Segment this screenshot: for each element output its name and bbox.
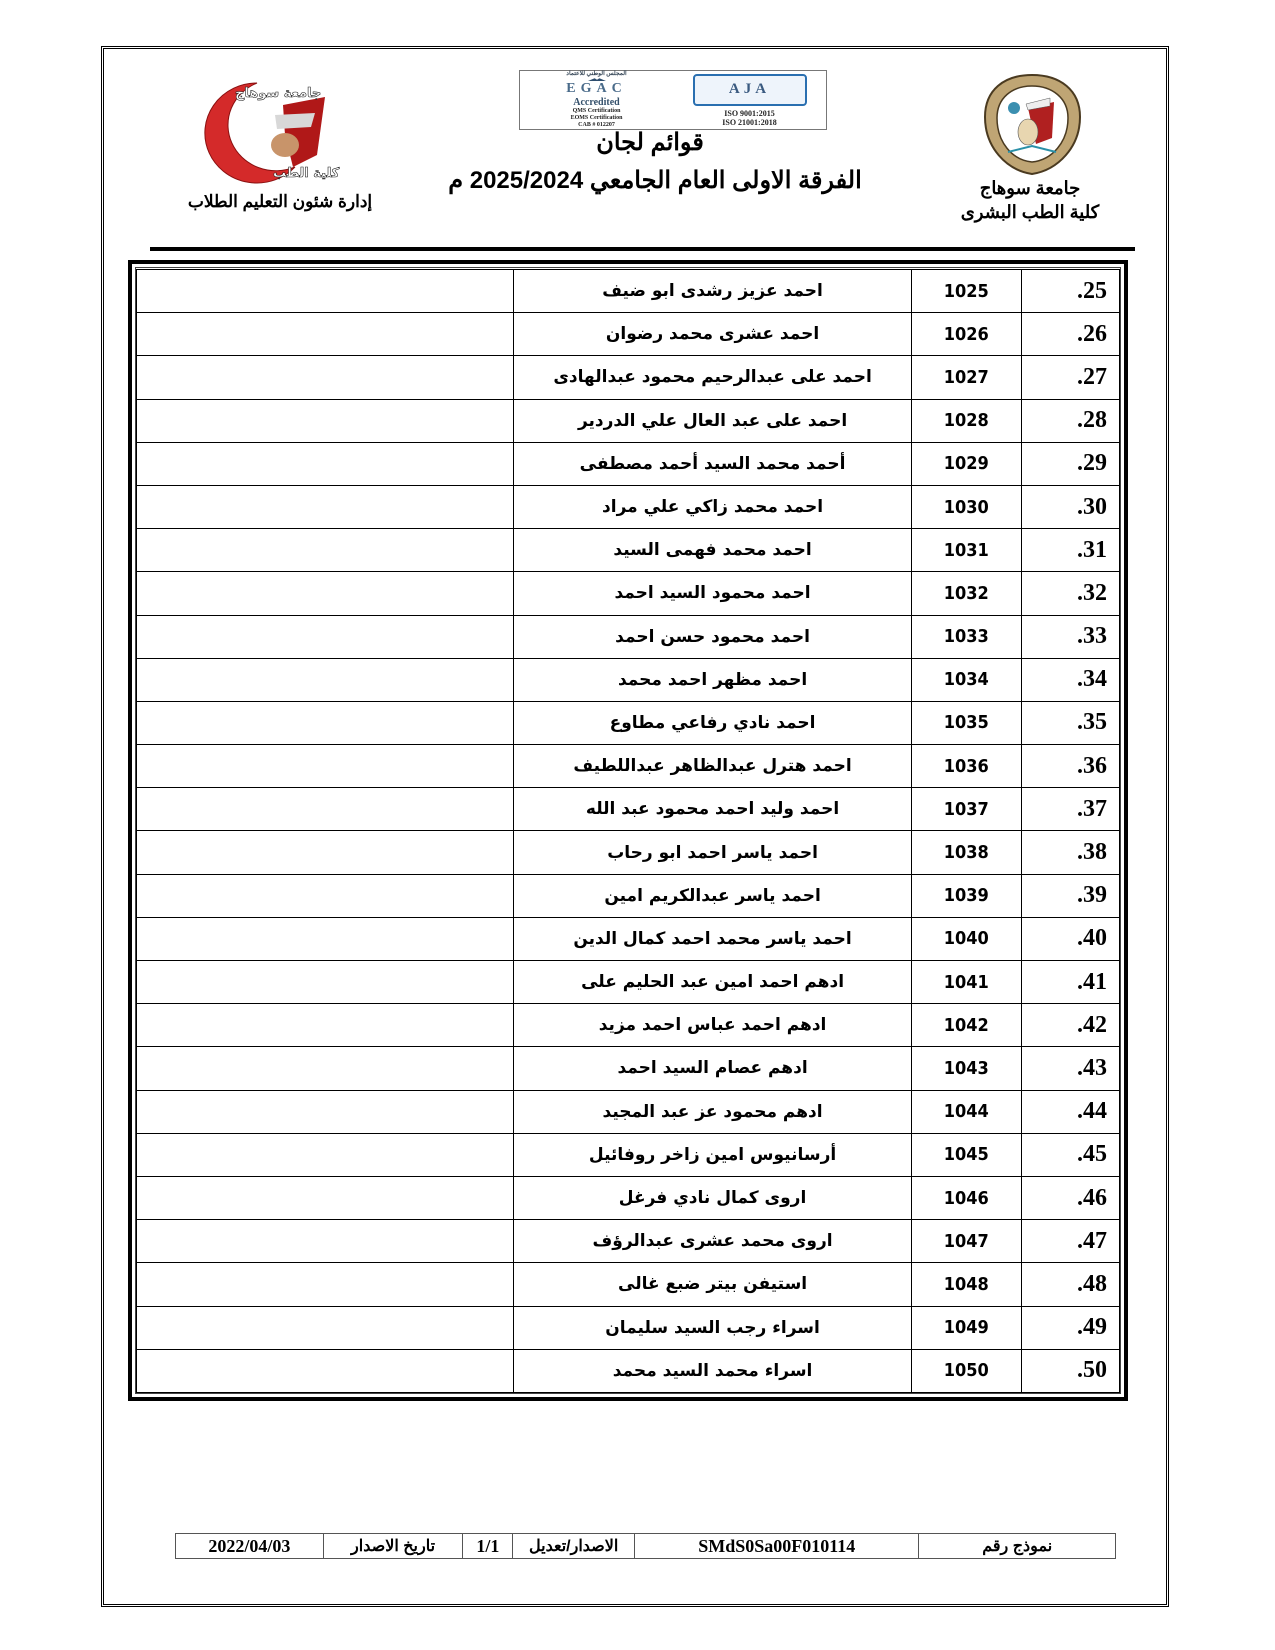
table-row: احمد محمود السيد احمد1032.32 — [137, 572, 1120, 615]
svg-text:جامعة سوهاج: جامعة سوهاج — [235, 86, 321, 101]
notes-cell — [137, 745, 514, 788]
seat-number-cell: 1040 — [911, 917, 1021, 960]
notes-cell — [137, 788, 514, 831]
serial-number-cell: .48 — [1021, 1263, 1119, 1306]
table-row: اسراء محمد السيد محمد1050.50 — [137, 1349, 1120, 1392]
student-name-cell: احمد عزيز رشدى ابو ضيف — [514, 270, 911, 313]
header-divider — [150, 247, 1135, 251]
students-table: احمد عزيز رشدى ابو ضيف1025.25احمد عشرى م… — [128, 260, 1128, 1401]
notes-cell — [137, 874, 514, 917]
student-name-cell: احمد محمود السيد احمد — [514, 572, 911, 615]
table-row: أحمد محمد السيد أحمد مصطفى1029.29 — [137, 442, 1120, 485]
aja-logo: AJA ISO 9001:2015 ISO 21001:2018 — [673, 71, 826, 129]
serial-number-cell: .28 — [1021, 399, 1119, 442]
seat-number-cell: 1046 — [911, 1176, 1021, 1219]
serial-number-cell: .33 — [1021, 615, 1119, 658]
seat-number-cell: 1048 — [911, 1263, 1021, 1306]
student-name-cell: احمد هترل عبدالظاهر عبداللطيف — [514, 745, 911, 788]
serial-number-cell: .34 — [1021, 658, 1119, 701]
serial-number-cell: .29 — [1021, 442, 1119, 485]
serial-number-cell: .31 — [1021, 529, 1119, 572]
form-code-label: نموذج رقم — [919, 1534, 1115, 1558]
student-name-cell: أرسانيوس امين زاخر روفائيل — [514, 1133, 911, 1176]
serial-number-cell: .42 — [1021, 1004, 1119, 1047]
notes-cell — [137, 1306, 514, 1349]
seat-number-cell: 1042 — [911, 1004, 1021, 1047]
seat-number-cell: 1035 — [911, 701, 1021, 744]
student-name-cell: استيفن بيتر ضبع غالى — [514, 1263, 911, 1306]
issue-date-label: تاريخ الاصدار — [324, 1534, 464, 1558]
student-name-cell: اسراء محمد السيد محمد — [514, 1349, 911, 1392]
serial-number-cell: .25 — [1021, 270, 1119, 313]
globe-icon: AJA — [693, 74, 807, 106]
table-row: احمد ياسر احمد ابو رحاب1038.38 — [137, 831, 1120, 874]
seat-number-cell: 1041 — [911, 961, 1021, 1004]
egac-logo: المجلس الوطني للاعتماد EGAC Accredited Q… — [520, 71, 673, 129]
serial-number-cell: .27 — [1021, 356, 1119, 399]
seat-number-cell: 1027 — [911, 356, 1021, 399]
student-name-cell: احمد محمد زاكي علي مراد — [514, 485, 911, 528]
serial-number-cell: .32 — [1021, 572, 1119, 615]
seat-number-cell: 1029 — [911, 442, 1021, 485]
serial-number-cell: .50 — [1021, 1349, 1119, 1392]
table-row: أرسانيوس امين زاخر روفائيل1045.45 — [137, 1133, 1120, 1176]
table-row: اسراء رجب السيد سليمان1049.49 — [137, 1306, 1120, 1349]
version-label: الاصدار/تعديل — [513, 1534, 635, 1558]
notes-cell — [137, 442, 514, 485]
seat-number-cell: 1050 — [911, 1349, 1021, 1392]
student-name-cell: احمد مظهر احمد محمد — [514, 658, 911, 701]
seat-number-cell: 1038 — [911, 831, 1021, 874]
table-row: ادهم محمود عز عبد المجيد1044.44 — [137, 1090, 1120, 1133]
university-logo — [980, 72, 1085, 177]
table-row: احمد محمود حسن احمد1033.33 — [137, 615, 1120, 658]
notes-cell — [137, 1263, 514, 1306]
student-name-cell: أحمد محمد السيد أحمد مصطفى — [514, 442, 911, 485]
table-row: احمد ياسر عبدالكريم امين1039.39 — [137, 874, 1120, 917]
student-name-cell: احمد عشرى محمد رضوان — [514, 313, 911, 356]
serial-number-cell: .30 — [1021, 485, 1119, 528]
student-name-cell: اروى كمال نادي فرغل — [514, 1176, 911, 1219]
serial-number-cell: .37 — [1021, 788, 1119, 831]
seat-number-cell: 1033 — [911, 615, 1021, 658]
table-row: احمد هترل عبدالظاهر عبداللطيف1036.36 — [137, 745, 1120, 788]
notes-cell — [137, 485, 514, 528]
student-name-cell: ادهم عصام السيد احمد — [514, 1047, 911, 1090]
student-name-cell: اروى محمد عشرى عبدالرؤف — [514, 1220, 911, 1263]
seat-number-cell: 1028 — [911, 399, 1021, 442]
serial-number-cell: .40 — [1021, 917, 1119, 960]
table-row: احمد محمد زاكي علي مراد1030.30 — [137, 485, 1120, 528]
serial-number-cell: .39 — [1021, 874, 1119, 917]
notes-cell — [137, 572, 514, 615]
table-row: ادهم احمد عباس احمد مزيد1042.42 — [137, 1004, 1120, 1047]
notes-cell — [137, 270, 514, 313]
seat-number-cell: 1047 — [911, 1220, 1021, 1263]
serial-number-cell: .49 — [1021, 1306, 1119, 1349]
student-name-cell: احمد وليد احمد محمود عبد الله — [514, 788, 911, 831]
page-title: قوائم لجان — [480, 128, 820, 157]
table-row: احمد ياسر محمد احمد كمال الدين1040.40 — [137, 917, 1120, 960]
notes-cell — [137, 1176, 514, 1219]
serial-number-cell: .46 — [1021, 1176, 1119, 1219]
table-row: ادهم عصام السيد احمد1043.43 — [137, 1047, 1120, 1090]
seat-number-cell: 1030 — [911, 485, 1021, 528]
notes-cell — [137, 1090, 514, 1133]
serial-number-cell: .45 — [1021, 1133, 1119, 1176]
seat-number-cell: 1045 — [911, 1133, 1021, 1176]
table-row: ادهم احمد امين عبد الحليم على1041.41 — [137, 961, 1120, 1004]
student-name-cell: احمد ياسر احمد ابو رحاب — [514, 831, 911, 874]
student-name-cell: احمد على عبد العال علي الدردير — [514, 399, 911, 442]
table-row: احمد عشرى محمد رضوان1026.26 — [137, 313, 1120, 356]
notes-cell — [137, 658, 514, 701]
serial-number-cell: .38 — [1021, 831, 1119, 874]
notes-cell — [137, 1047, 514, 1090]
faculty-logo: جامعة سوهاج كلية الطب — [165, 75, 350, 185]
table-row: اروى كمال نادي فرغل1046.46 — [137, 1176, 1120, 1219]
table-row: احمد محمد فهمى السيد1031.31 — [137, 529, 1120, 572]
serial-number-cell: .41 — [1021, 961, 1119, 1004]
page-subtitle: الفرقة الاولى العام الجامعي 2025/2024 م — [420, 166, 890, 195]
table-row: استيفن بيتر ضبع غالى1048.48 — [137, 1263, 1120, 1306]
student-name-cell: احمد على عبدالرحيم محمود عبدالهادى — [514, 356, 911, 399]
seat-number-cell: 1031 — [911, 529, 1021, 572]
notes-cell — [137, 1133, 514, 1176]
notes-cell — [137, 356, 514, 399]
student-name-cell: ادهم محمود عز عبد المجيد — [514, 1090, 911, 1133]
document-control-footer: 2022/04/03 تاريخ الاصدار 1/1 الاصدار/تعد… — [175, 1533, 1116, 1559]
table-row: احمد وليد احمد محمود عبد الله1037.37 — [137, 788, 1120, 831]
student-name-cell: احمد ياسر عبدالكريم امين — [514, 874, 911, 917]
table-row: اروى محمد عشرى عبدالرؤف1047.47 — [137, 1220, 1120, 1263]
issue-date-value: 2022/04/03 — [176, 1534, 324, 1558]
seat-number-cell: 1043 — [911, 1047, 1021, 1090]
seat-number-cell: 1025 — [911, 270, 1021, 313]
notes-cell — [137, 529, 514, 572]
student-name-cell: احمد محمود حسن احمد — [514, 615, 911, 658]
notes-cell — [137, 831, 514, 874]
serial-number-cell: .44 — [1021, 1090, 1119, 1133]
seat-number-cell: 1049 — [911, 1306, 1021, 1349]
seat-number-cell: 1034 — [911, 658, 1021, 701]
notes-cell — [137, 399, 514, 442]
notes-cell — [137, 917, 514, 960]
form-code-value: SMdS0Sa00F010114 — [635, 1534, 919, 1558]
serial-number-cell: .36 — [1021, 745, 1119, 788]
table-row: احمد على عبد العال علي الدردير1028.28 — [137, 399, 1120, 442]
seat-number-cell: 1039 — [911, 874, 1021, 917]
seat-number-cell: 1044 — [911, 1090, 1021, 1133]
serial-number-cell: .43 — [1021, 1047, 1119, 1090]
student-name-cell: احمد ياسر محمد احمد كمال الدين — [514, 917, 911, 960]
seat-number-cell: 1036 — [911, 745, 1021, 788]
notes-cell — [137, 1004, 514, 1047]
notes-cell — [137, 1349, 514, 1392]
notes-cell — [137, 701, 514, 744]
serial-number-cell: .47 — [1021, 1220, 1119, 1263]
notes-cell — [137, 1220, 514, 1263]
table-row: احمد على عبدالرحيم محمود عبدالهادى1027.2… — [137, 356, 1120, 399]
student-name-cell: اسراء رجب السيد سليمان — [514, 1306, 911, 1349]
notes-cell — [137, 615, 514, 658]
department-label: إدارة شئون التعليم الطلاب — [180, 192, 380, 212]
seat-number-cell: 1032 — [911, 572, 1021, 615]
certification-logos: المجلس الوطني للاعتماد EGAC Accredited Q… — [519, 70, 827, 130]
notes-cell — [137, 313, 514, 356]
seat-number-cell: 1026 — [911, 313, 1021, 356]
student-name-cell: ادهم احمد امين عبد الحليم على — [514, 961, 911, 1004]
table-row: احمد مظهر احمد محمد1034.34 — [137, 658, 1120, 701]
svg-text:كلية الطب: كلية الطب — [273, 166, 340, 181]
serial-number-cell: .26 — [1021, 313, 1119, 356]
notes-cell — [137, 961, 514, 1004]
table-row: احمد عزيز رشدى ابو ضيف1025.25 — [137, 270, 1120, 313]
version-value: 1/1 — [463, 1534, 513, 1558]
student-name-cell: احمد نادي رفاعي مطاوع — [514, 701, 911, 744]
university-name: جامعة سوهاج كلية الطب البشرى — [940, 176, 1120, 224]
serial-number-cell: .35 — [1021, 701, 1119, 744]
student-name-cell: احمد محمد فهمى السيد — [514, 529, 911, 572]
table-row: احمد نادي رفاعي مطاوع1035.35 — [137, 701, 1120, 744]
student-name-cell: ادهم احمد عباس احمد مزيد — [514, 1004, 911, 1047]
seat-number-cell: 1037 — [911, 788, 1021, 831]
